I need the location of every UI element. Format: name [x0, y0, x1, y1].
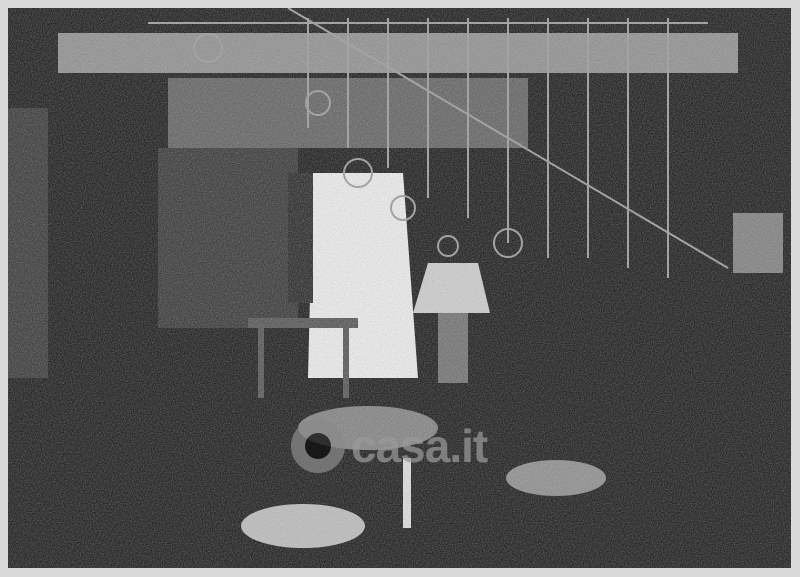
- casa-logo-icon: [291, 419, 345, 473]
- casa-it-watermark: casa.it: [291, 416, 487, 476]
- watermark-text: casa.it: [351, 423, 487, 469]
- interior-scene: [8, 8, 791, 568]
- listing-photo: casa.it: [8, 8, 791, 568]
